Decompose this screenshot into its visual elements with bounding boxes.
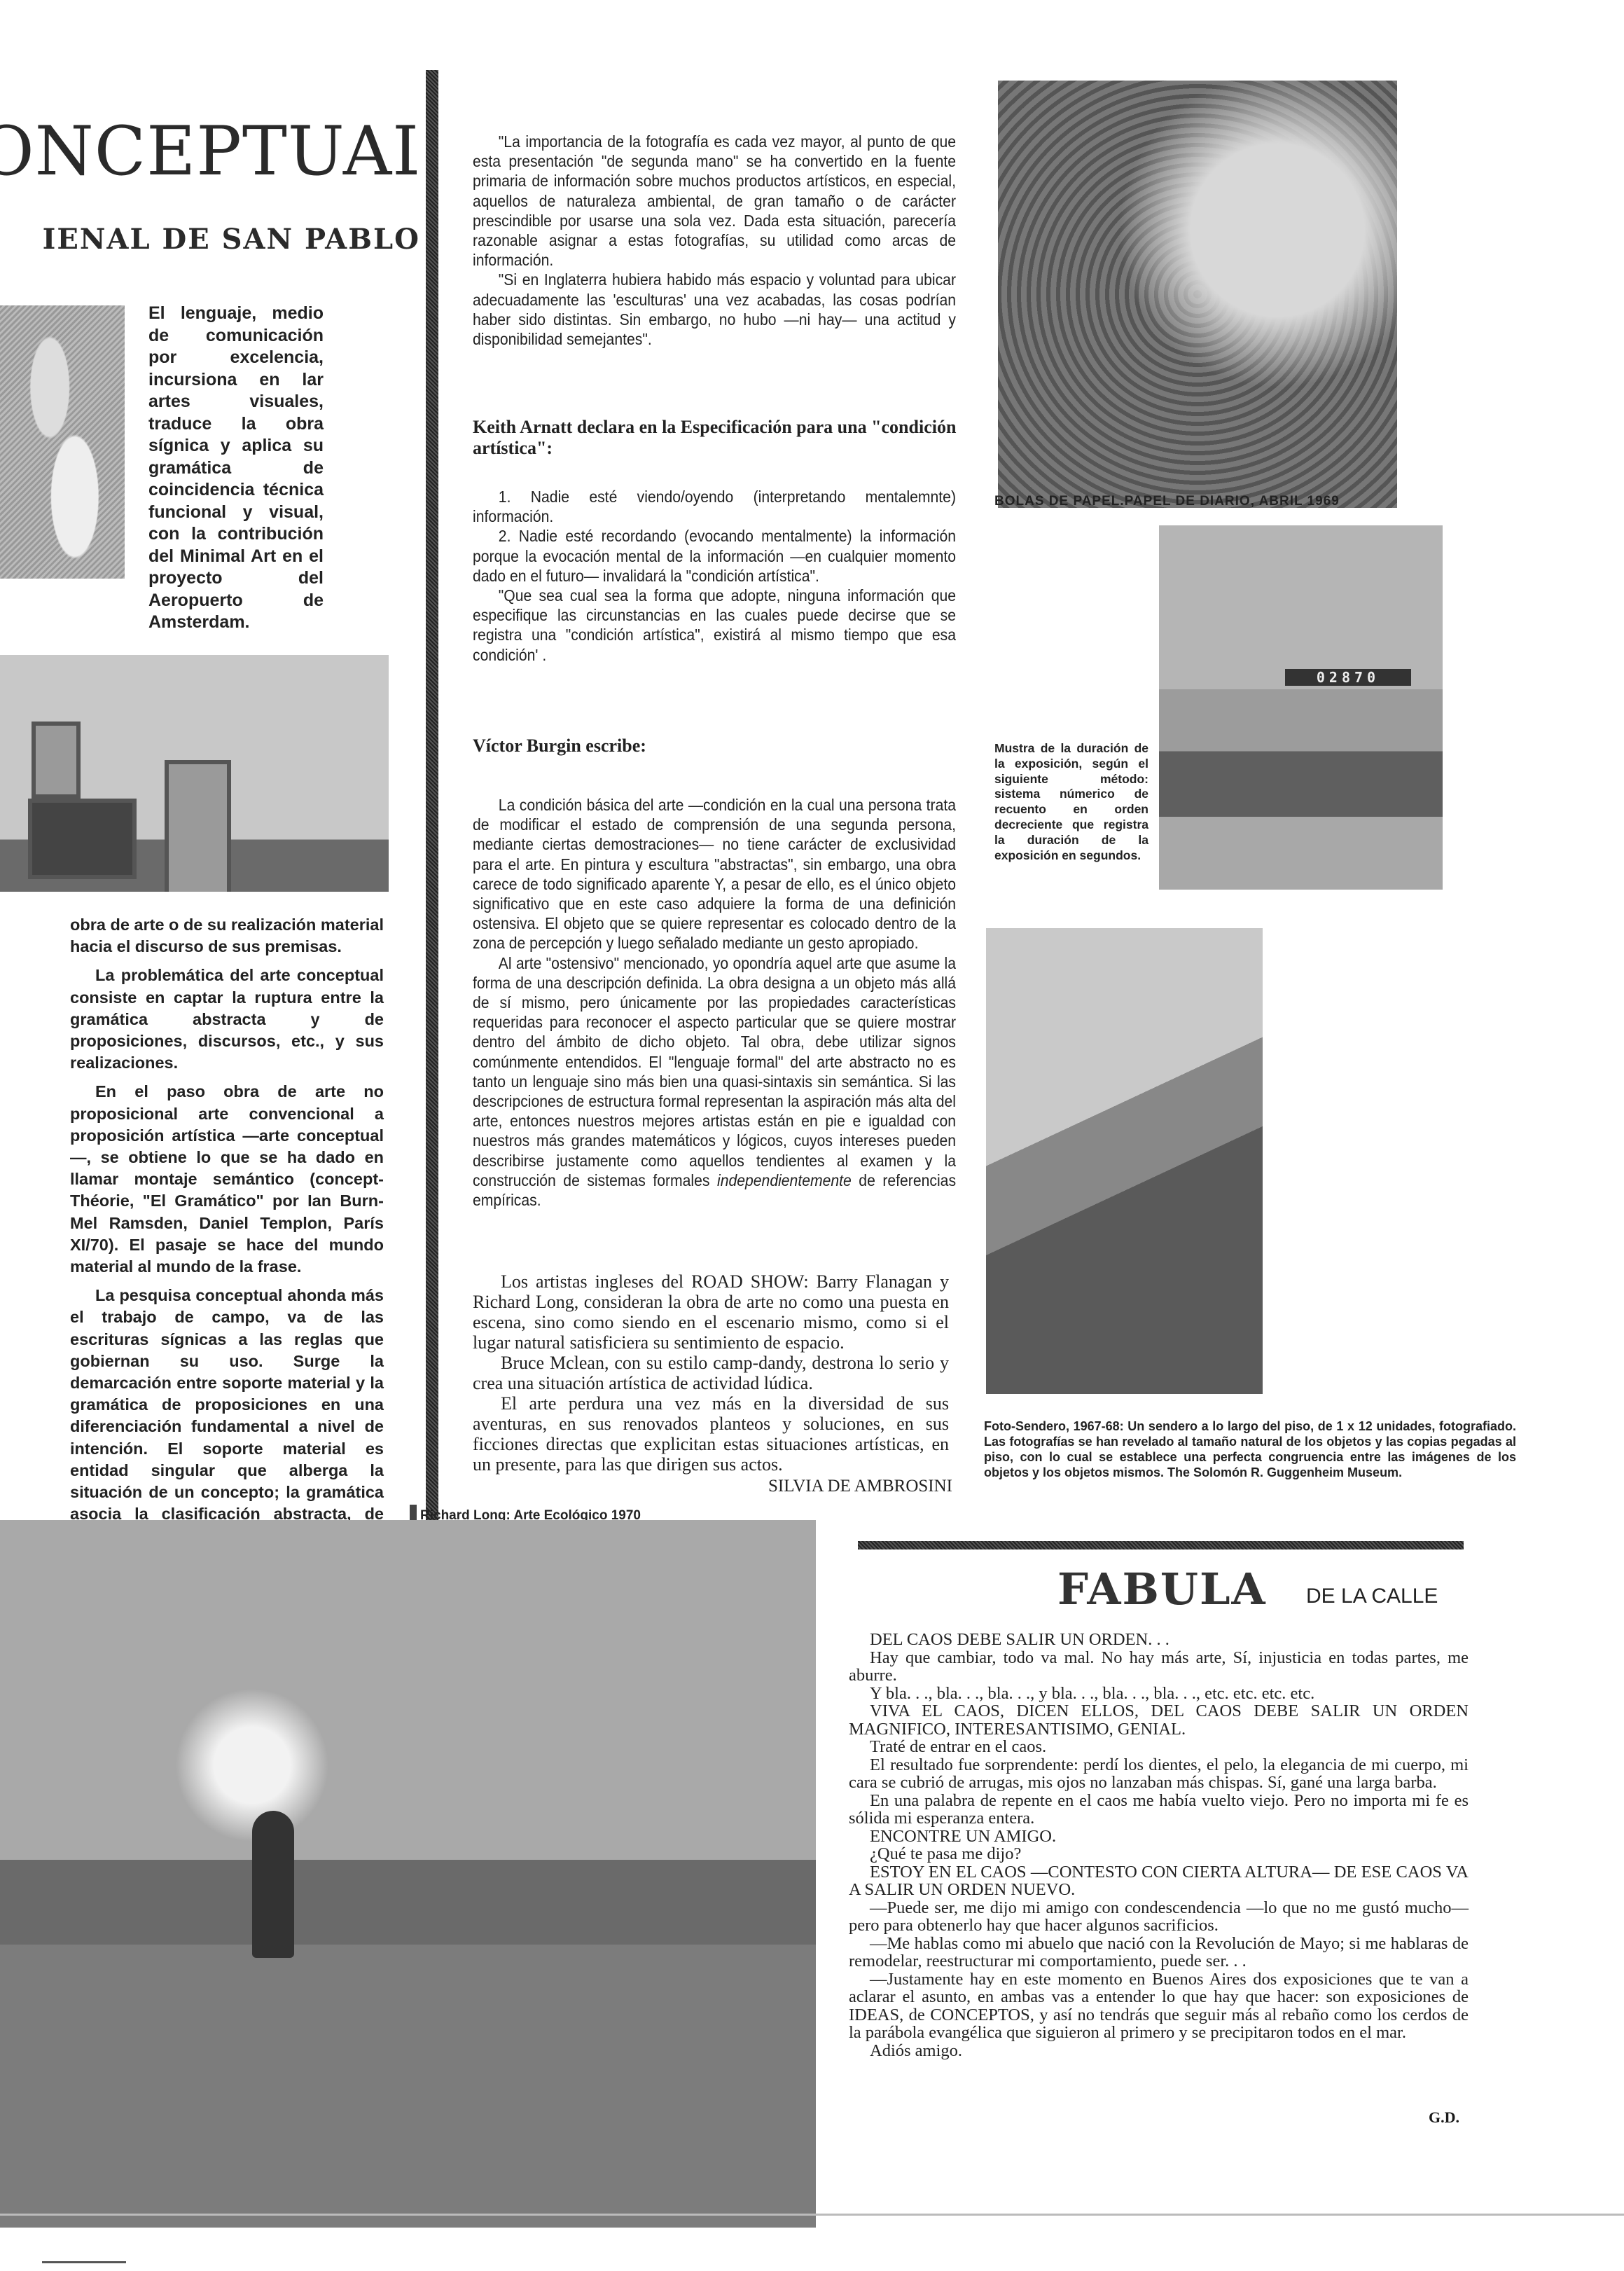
paragraph: ENCONTRE UN AMIGO. bbox=[849, 1828, 1469, 1846]
paragraph: Y bla. . ., bla. . ., bla. . ., y bla. .… bbox=[849, 1685, 1469, 1703]
counter-display: 02870 bbox=[1285, 669, 1411, 686]
paragraph: El resultado fue sorprendente: perdí los… bbox=[849, 1756, 1469, 1792]
caption-corridor: Foto-Sendero, 1967-68: Un sendero a lo l… bbox=[984, 1418, 1516, 1480]
intro-paragraph: El lenguaje, medio de comunicación por e… bbox=[148, 303, 324, 634]
fabula-signature: G.D. bbox=[1429, 2108, 1459, 2127]
paragraph: —Justamente hay en este momento en Bueno… bbox=[849, 1970, 1469, 2042]
paragraph-text: Al arte "ostensivo" mencionado, yo opond… bbox=[473, 954, 956, 1189]
paragraph: ESTOY EN EL CAOS —CONTESTO CON CIERTA AL… bbox=[849, 1863, 1469, 1899]
list-item: "Que sea cual sea la forma que adopte, n… bbox=[473, 586, 956, 665]
section-rule bbox=[858, 1541, 1464, 1549]
caption-paper-balls: BOLAS DE PAPEL.PAPEL DE DIARIO, ABRIL 19… bbox=[994, 494, 1415, 509]
paragraph: Al arte "ostensivo" mencionado, yo opond… bbox=[473, 953, 956, 1210]
chair-shape bbox=[165, 760, 231, 892]
page-bottom-rule bbox=[0, 2214, 1624, 2216]
left-article-body: obra de arte o de su realización materia… bbox=[70, 914, 384, 1620]
arnatt-list: 1. Nadie esté viendo/oyendo (interpretan… bbox=[473, 487, 956, 665]
paragraph: —Puede ser, me dijo mi amigo con condesc… bbox=[849, 1899, 1469, 1935]
arnatt-heading: Keith Arnatt declara en la Especificació… bbox=[473, 417, 973, 459]
photo-corridor bbox=[986, 928, 1263, 1394]
caption-marker bbox=[410, 1505, 417, 1520]
sun-glare bbox=[175, 1688, 329, 1842]
paragraph: obra de arte o de su realización materia… bbox=[70, 914, 384, 958]
closing-text: Los artistas ingleses del ROAD SHOW: Bar… bbox=[473, 1271, 949, 1475]
paragraph: En el paso obra de arte no proposicional… bbox=[70, 1081, 384, 1278]
paragraph: Traté de entrar en el caos. bbox=[849, 1738, 1469, 1756]
paragraph: Adiós amigo. bbox=[849, 2042, 1469, 2060]
list-item: 1. Nadie esté viendo/oyendo (interpretan… bbox=[473, 487, 956, 526]
burgin-heading: Víctor Burgin escribe: bbox=[473, 736, 753, 757]
headline-subtitle: IENAL DE SAN PABLO bbox=[0, 223, 420, 256]
paragraph: La condición básica del arte —condición … bbox=[473, 795, 956, 953]
photo-aerial-map bbox=[0, 305, 125, 579]
caption-counter: Mustra de la duración de la exposición, … bbox=[994, 741, 1148, 863]
column-divider bbox=[426, 70, 438, 1520]
fabula-body: DEL CAOS DEBE SALIR UN ORDEN. . . Hay qu… bbox=[849, 1631, 1469, 2059]
headline-title: ONCEPTUAL bbox=[0, 112, 417, 191]
chair-shape bbox=[32, 722, 81, 799]
fabula-subtitle: DE LA CALLE bbox=[1306, 1585, 1438, 1608]
paragraph: VIVA EL CAOS, DICEN ELLOS, DEL CAOS DEBE… bbox=[849, 1702, 1469, 1738]
page-corner-mark bbox=[42, 2261, 126, 2263]
paragraph: La problemática del arte conceptual cons… bbox=[70, 965, 384, 1074]
paragraph: En una palabra de repente en el caos me … bbox=[849, 1792, 1469, 1828]
burgin-text: La condición básica del arte —condición … bbox=[473, 795, 956, 1210]
paragraph: Hay que cambiar, todo va mal. No hay más… bbox=[849, 1649, 1469, 1685]
paragraph: El arte perdura una vez más en la divers… bbox=[473, 1393, 949, 1475]
chair-shadow-shape bbox=[28, 799, 137, 879]
paragraph: ¿Qué te pasa me dijo? bbox=[849, 1845, 1469, 1863]
paragraph: "Si en Inglaterra hubiera habido más esp… bbox=[473, 270, 956, 349]
paragraph: Bruce Mclean, con su estilo camp-dandy, … bbox=[473, 1353, 949, 1393]
paragraph: DEL CAOS DEBE SALIR UN ORDEN. . . bbox=[849, 1631, 1469, 1649]
photo-landscape bbox=[0, 1520, 816, 2228]
photography-quote: "La importancia de la fotografía es cada… bbox=[473, 132, 956, 349]
paragraph: "La importancia de la fotografía es cada… bbox=[473, 132, 956, 270]
italic-emphasis: independientemente bbox=[717, 1171, 852, 1189]
fabula-title: FABULA bbox=[1057, 1564, 1267, 1615]
list-item: 2. Nadie esté recordando (evocando menta… bbox=[473, 526, 956, 586]
paragraph: —Me hablas como mi abuelo que nació con … bbox=[849, 1935, 1469, 1970]
author-signature: SILVIA DE AMBROSINI bbox=[728, 1477, 952, 1496]
photo-paper-balls bbox=[998, 81, 1397, 508]
photo-chairs bbox=[0, 655, 389, 892]
person-silhouette bbox=[252, 1811, 294, 1958]
paragraph: Los artistas ingleses del ROAD SHOW: Bar… bbox=[473, 1271, 949, 1353]
photo-counter-box: 02870 bbox=[1159, 525, 1443, 890]
